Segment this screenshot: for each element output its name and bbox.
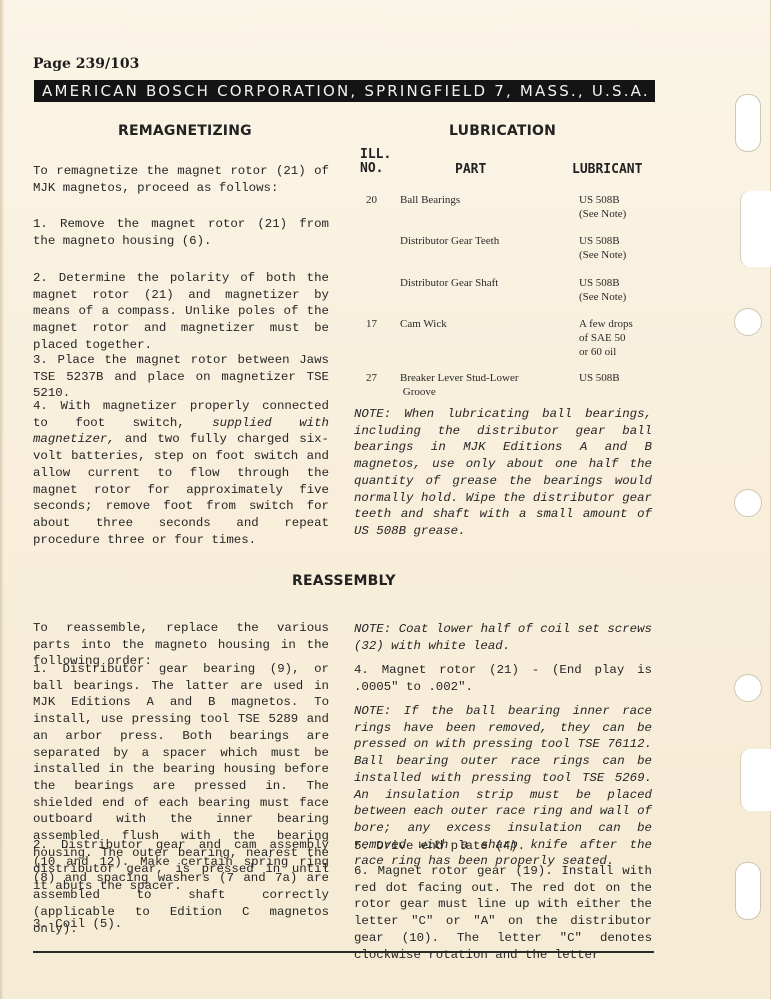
binder-hole-icon	[735, 862, 761, 920]
remagnetizing-step-3: 3. Place the magnet rotor between Jaws T…	[33, 352, 329, 402]
table-cell-lubricant: US 508B (See Note)	[579, 193, 626, 221]
table-cell-ill-no: 17	[366, 317, 377, 331]
remagnetizing-step-4: 4. With magnetizer properly connected to…	[33, 398, 329, 548]
section-title-remagnetizing: REMAGNETIZING	[118, 123, 252, 139]
reassembly-step-4: 4. Magnet rotor (21) - (End play is .000…	[354, 662, 652, 695]
reassembly-step-5: 5. Drive end plate (4).	[354, 838, 652, 855]
binder-hole-icon	[735, 94, 761, 152]
page-number: Page 239/103	[33, 56, 139, 72]
binder-hole-icon	[734, 489, 762, 517]
manual-page: Page 239/103 AMERICAN BOSCH CORPORATION,…	[0, 0, 771, 999]
company-banner: AMERICAN BOSCH CORPORATION, SPRINGFIELD …	[34, 80, 655, 102]
section-title-lubrication: LUBRICATION	[449, 123, 556, 139]
reassembly-note-coil: NOTE: Coat lower half of coil set screws…	[354, 621, 652, 654]
column-header-ill-no: ILL. NO.	[360, 148, 391, 176]
table-cell-ill-no: 20	[366, 193, 377, 207]
column-header-lubricant: LUBRICANT	[572, 163, 642, 177]
step-4-text-continued: and two fully charged six-volt batteries…	[33, 432, 329, 546]
table-cell-part: Distributor Gear Shaft	[400, 276, 498, 290]
table-cell-part: Breaker Lever Stud-Lower Groove	[400, 371, 519, 399]
table-cell-part: Ball Bearings	[400, 193, 460, 207]
footer-rule	[33, 951, 654, 953]
lubrication-note: NOTE: When lubricating ball bearings, in…	[354, 406, 652, 540]
column-header-part: PART	[455, 163, 486, 177]
page-edge-shadow	[0, 0, 4, 999]
section-title-reassembly: REASSEMBLY	[292, 573, 396, 589]
binder-notch-icon	[740, 191, 777, 267]
binder-hole-icon	[734, 308, 762, 336]
table-cell-lubricant: A few drops of SAE 50 or 60 oil	[579, 317, 633, 359]
table-cell-lubricant: US 508B	[579, 371, 620, 385]
table-cell-lubricant: US 508B (See Note)	[579, 276, 626, 304]
table-cell-lubricant: US 508B (See Note)	[579, 234, 626, 262]
binder-hole-icon	[734, 674, 762, 702]
reassembly-step-3: 3. Coil (5).	[33, 916, 329, 933]
table-cell-part: Cam Wick	[400, 317, 447, 331]
remagnetizing-step-1: 1. Remove the magnet rotor (21) from the…	[33, 216, 329, 249]
reassembly-step-6: 6. Magnet rotor gear (19). Install with …	[354, 863, 652, 963]
remagnetizing-intro: To remagnetize the magnet rotor (21) of …	[33, 163, 329, 196]
remagnetizing-step-2: 2. Determine the polarity of both the ma…	[33, 270, 329, 354]
table-cell-ill-no: 27	[366, 371, 377, 385]
binder-notch-icon	[740, 749, 777, 811]
table-cell-part: Distributor Gear Teeth	[400, 234, 499, 248]
